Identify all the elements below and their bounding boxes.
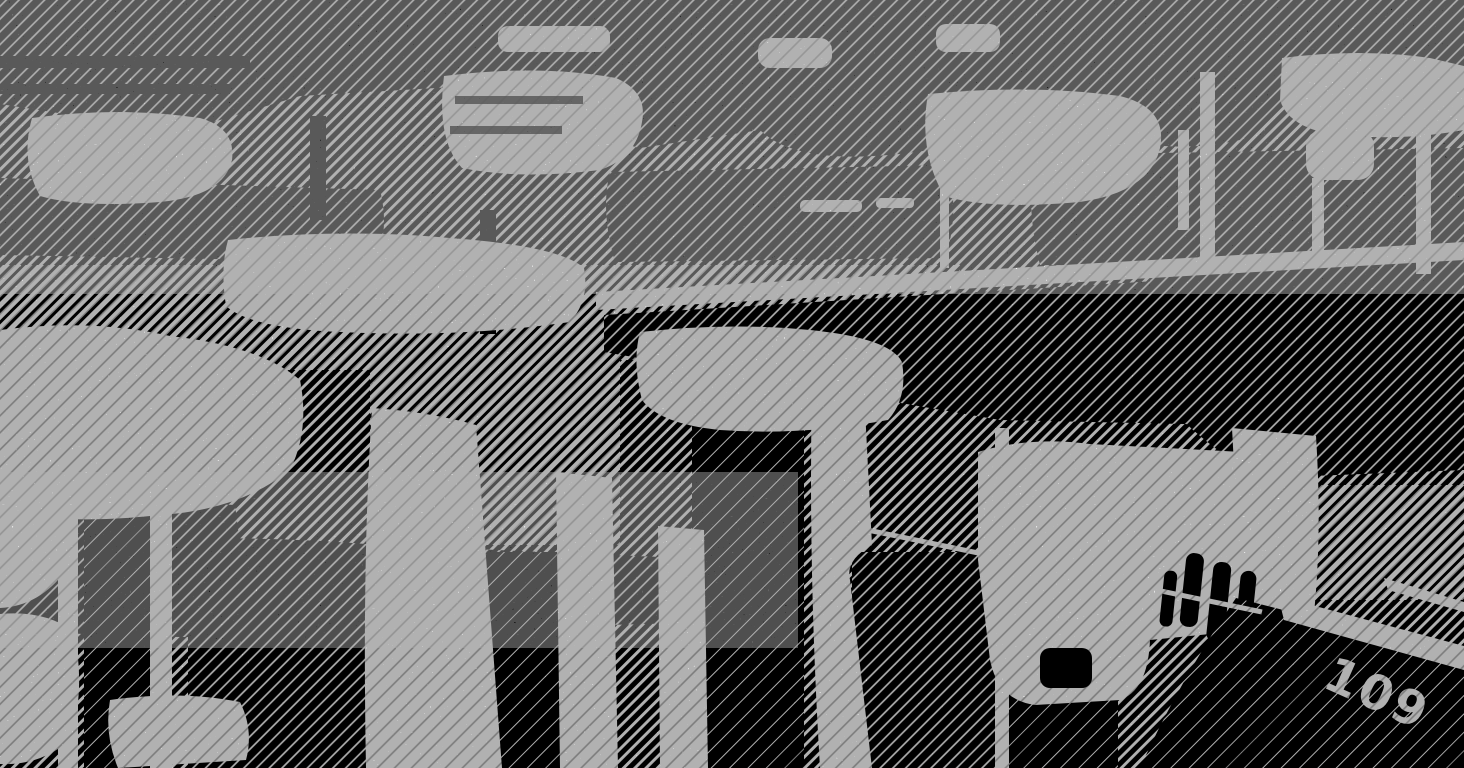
black-grain-overlay	[0, 0, 1464, 768]
sketch-canvas: 109	[0, 0, 1464, 768]
sketch-image: 109	[0, 0, 1464, 768]
